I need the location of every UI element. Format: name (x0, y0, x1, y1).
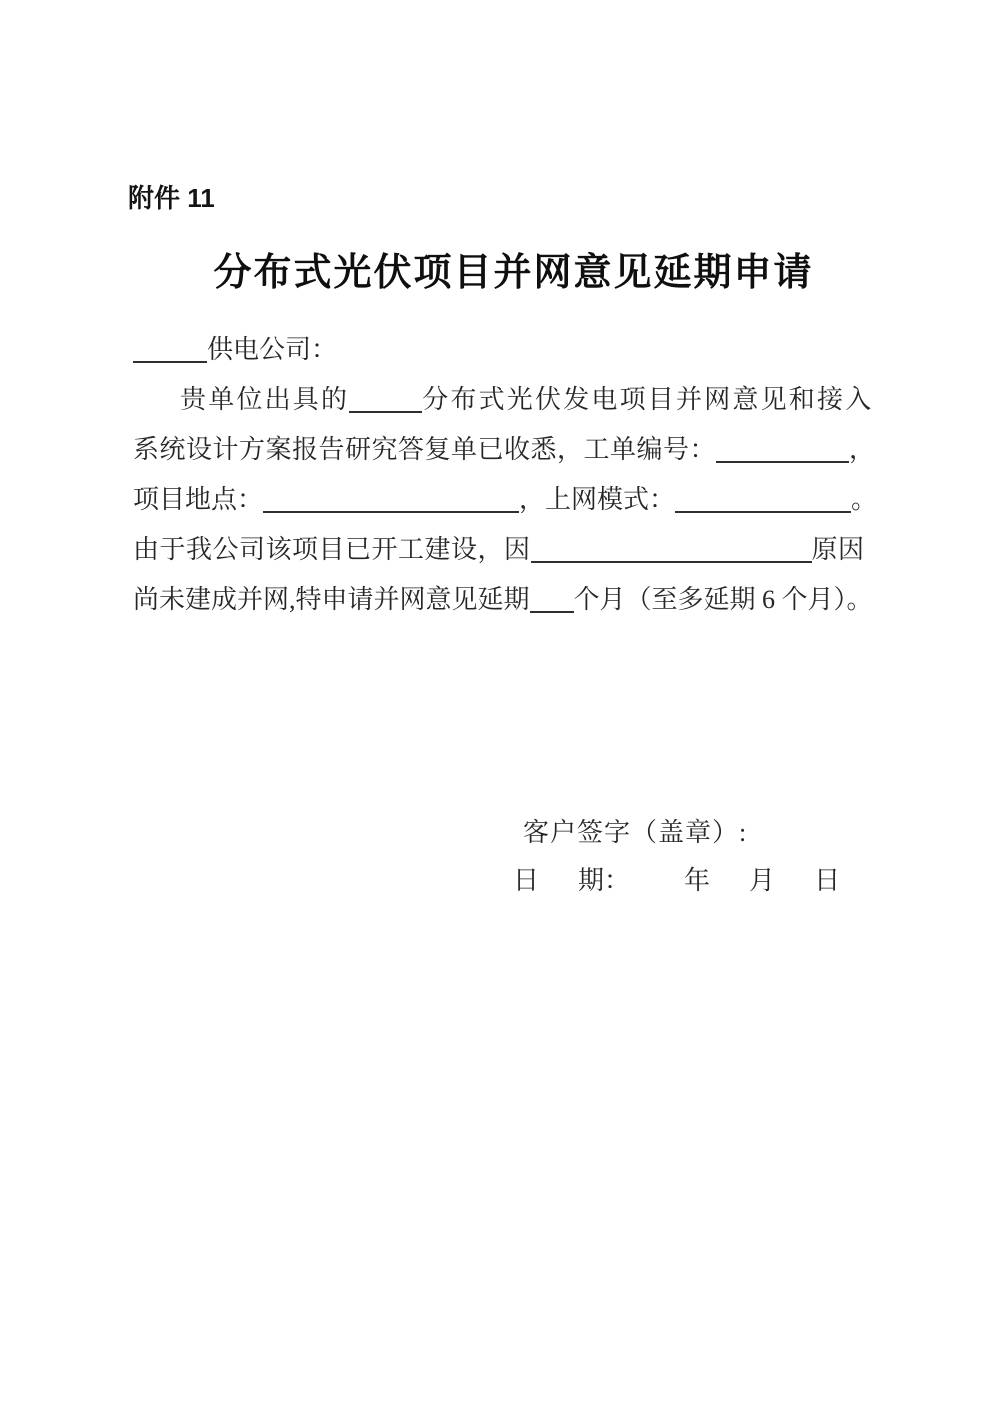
grid-mode-blank (675, 511, 851, 513)
date-word-year: 年 (684, 856, 710, 906)
line5-text-2: 原因 (812, 535, 865, 564)
project-location-blank (263, 511, 519, 513)
line2-text-1: 贵单位出具的 (180, 385, 349, 414)
customer-signature-label: 客户签字（盖章）: (523, 808, 747, 858)
line2-text-2: 分布式光伏发电项目并网意见和接入 (422, 385, 873, 414)
date-word-day: 日 (814, 856, 840, 906)
paragraph-line-2: 贵单位出具的分布式光伏发电项目并网意见和接入 (133, 375, 878, 425)
line3-text-1: 系统设计方案报告研究答复单已收悉，工单编号： (133, 435, 716, 464)
project-name-blank (349, 411, 422, 413)
line4-text-2: ，上网模式： (519, 485, 675, 514)
supply-company-blank (133, 361, 207, 363)
delay-months-blank (530, 611, 574, 613)
date-word-ri: 日 (513, 856, 539, 906)
paragraph-line-4: 项目地点：，上网模式：。 (133, 475, 878, 525)
line4-text-1: 项目地点： (133, 485, 263, 514)
delay-reason-blank (531, 561, 812, 563)
date-word-qi-colon: 期： (578, 856, 630, 906)
paragraph-line-5: 由于我公司该项目已开工建设，因原因 (133, 525, 878, 575)
salutation-text: 供电公司： (207, 335, 337, 364)
attachment-label: 附件 11 (128, 182, 215, 214)
date-line: 日期：年月日 (513, 856, 840, 906)
line3-text-2: ， (849, 435, 876, 464)
line4-text-3: 。 (851, 485, 877, 514)
document-page: 附件 11 分布式光伏项目并网意见延期申请 供电公司： 贵单位出具的分布式光伏发… (0, 0, 992, 1403)
date-word-month: 月 (749, 856, 775, 906)
work-order-number-blank (716, 461, 849, 463)
line6-text-2: 个月（至多延期 6 个月）。 (574, 585, 873, 614)
line6-text-1: 尚未建成并网,特申请并网意见延期 (133, 585, 530, 614)
document-body: 供电公司： 贵单位出具的分布式光伏发电项目并网意见和接入 系统设计方案报告研究答… (133, 325, 878, 625)
salutation-line: 供电公司： (133, 325, 878, 375)
paragraph-line-6: 尚未建成并网,特申请并网意见延期个月（至多延期 6 个月）。 (133, 575, 878, 625)
line5-text-1: 由于我公司该项目已开工建设，因 (133, 535, 531, 564)
document-title: 分布式光伏项目并网意见延期申请 (133, 247, 870, 299)
paragraph-line-3: 系统设计方案报告研究答复单已收悉，工单编号：， (133, 425, 878, 475)
